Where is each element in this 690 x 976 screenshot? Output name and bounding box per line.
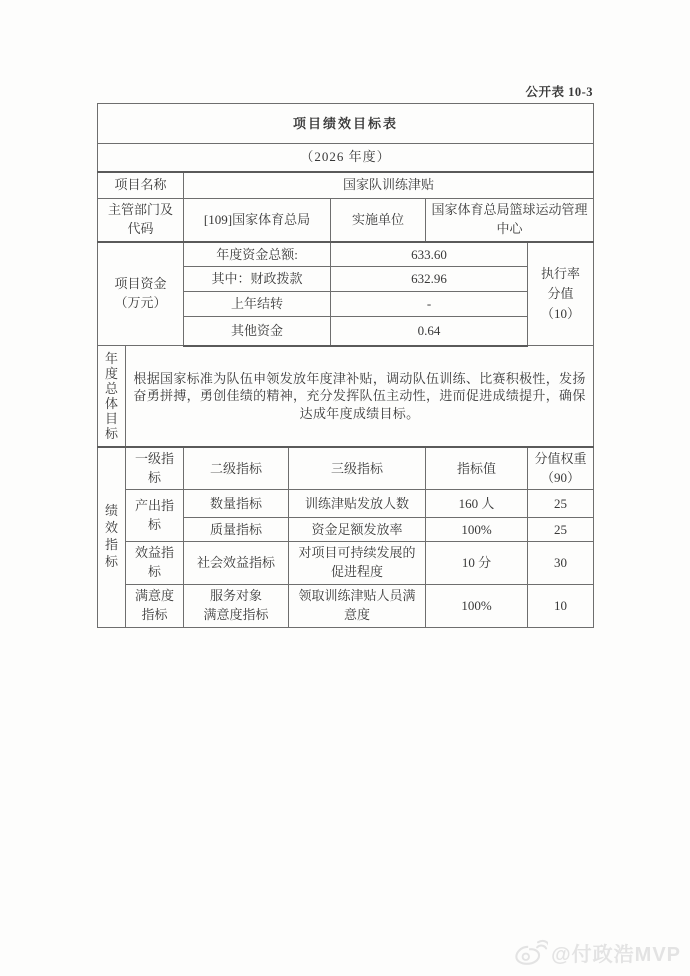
implementing-unit-value: 国家体育总局篮球运动管理 中心 bbox=[426, 199, 594, 242]
indicator-weight: 30 bbox=[528, 542, 594, 585]
execution-rate-score-label: 执行率 分值 （10） bbox=[528, 242, 594, 346]
indicator-level3: 对项目可持续发展的 促进程度 bbox=[289, 542, 426, 585]
label-line: 执行率 bbox=[532, 264, 589, 284]
cell-line: 满意度 bbox=[130, 587, 179, 606]
header-line: 分值权重 bbox=[532, 450, 589, 469]
cell-line: 标 bbox=[130, 516, 179, 535]
watermark: @付政浩MVP bbox=[514, 938, 681, 967]
funds-label: 项目资金 （万元） bbox=[98, 242, 184, 346]
header-line: 一级指 bbox=[130, 450, 179, 469]
indicator-header-value: 指标值 bbox=[426, 447, 528, 490]
indicator-value: 160 人 bbox=[426, 490, 528, 518]
indicator-header-level2: 二级指标 bbox=[184, 447, 289, 490]
document-page: 公开表 10-3 项目绩效目标表 （2026 年度） 项目名称 国家队训练津贴 … bbox=[0, 0, 690, 976]
indicator-level2: 社会效益指标 bbox=[184, 542, 289, 585]
vertical-label: 绩效指标 bbox=[105, 503, 119, 571]
weibo-icon bbox=[514, 939, 548, 966]
fund-fiscal-value: 632.96 bbox=[331, 267, 528, 292]
indicator-level3: 领取训练津贴人员满 意度 bbox=[289, 585, 426, 628]
indicator-header-weight: 分值权重 （90） bbox=[528, 447, 594, 490]
fund-fiscal-label: 其中：财政拨款 bbox=[184, 267, 331, 292]
fund-other-label: 其他资金 bbox=[184, 317, 331, 346]
label-line: 代码 bbox=[102, 220, 179, 239]
indicator-level3: 资金足额发放率 bbox=[289, 518, 426, 542]
value-line: 中心 bbox=[430, 220, 589, 239]
header-line: 标 bbox=[130, 469, 179, 488]
fund-total-value: 633.60 bbox=[331, 242, 528, 267]
cell-line: 满意度指标 bbox=[188, 606, 284, 625]
header-line: （90） bbox=[532, 469, 589, 488]
indicator-value: 10 分 bbox=[426, 542, 528, 585]
label-line: （10） bbox=[532, 304, 589, 324]
annual-goal-text: 根据国家标准为队伍申领发放年度津补贴，调动队伍训练、比赛积极性，发扬奋勇拼搏，勇… bbox=[126, 346, 594, 447]
fund-other-value: 0.64 bbox=[331, 317, 528, 346]
fund-carryover-label: 上年结转 bbox=[184, 292, 331, 317]
indicator-level1-output: 产出指 标 bbox=[126, 490, 184, 542]
indicator-weight: 10 bbox=[528, 585, 594, 628]
performance-target-table: 项目绩效目标表 （2026 年度） 项目名称 国家队训练津贴 主管部门及 代码 … bbox=[97, 103, 594, 628]
watermark-text: @付政浩MVP bbox=[551, 938, 681, 967]
cell-line: 促进程度 bbox=[293, 563, 421, 582]
department-label: 主管部门及 代码 bbox=[98, 199, 184, 242]
project-name-value: 国家队训练津贴 bbox=[184, 172, 594, 199]
label-line: （万元） bbox=[102, 294, 179, 313]
department-code-value: [109]国家体育总局 bbox=[184, 199, 331, 242]
cell-line: 意度 bbox=[293, 606, 421, 625]
indicator-level3: 训练津贴发放人数 bbox=[289, 490, 426, 518]
value-line: 国家体育总局篮球运动管理 bbox=[430, 201, 589, 220]
vertical-label: 年度总体目标 bbox=[105, 351, 119, 441]
label-line: 主管部门及 bbox=[102, 201, 179, 220]
annual-goal-label: 年度总体目标 bbox=[98, 346, 126, 447]
cell-line: 标 bbox=[130, 563, 179, 582]
cell-line: 效益指 bbox=[130, 544, 179, 563]
cell-line: 领取训练津贴人员满 bbox=[293, 587, 421, 606]
cell-line: 指标 bbox=[130, 606, 179, 625]
table-title: 项目绩效目标表 bbox=[98, 104, 594, 144]
project-name-label: 项目名称 bbox=[98, 172, 184, 199]
indicators-label: 绩效指标 bbox=[98, 447, 126, 628]
indicator-level2: 质量指标 bbox=[184, 518, 289, 542]
indicator-level2: 数量指标 bbox=[184, 490, 289, 518]
label-line: 项目资金 bbox=[102, 275, 179, 294]
cell-line: 产出指 bbox=[130, 497, 179, 516]
indicator-level1-satisfaction: 满意度 指标 bbox=[126, 585, 184, 628]
indicator-value: 100% bbox=[426, 518, 528, 542]
implementing-unit-label: 实施单位 bbox=[331, 199, 426, 242]
indicator-weight: 25 bbox=[528, 490, 594, 518]
year-subtitle: （2026 年度） bbox=[98, 144, 594, 172]
indicator-header-level1: 一级指 标 bbox=[126, 447, 184, 490]
indicator-level1-benefit: 效益指 标 bbox=[126, 542, 184, 585]
cell-line: 服务对象 bbox=[188, 587, 284, 606]
cell-line: 对项目可持续发展的 bbox=[293, 544, 421, 563]
indicator-weight: 25 bbox=[528, 518, 594, 542]
indicator-header-level3: 三级指标 bbox=[289, 447, 426, 490]
indicator-value: 100% bbox=[426, 585, 528, 628]
document-tag: 公开表 10-3 bbox=[0, 82, 593, 100]
label-line: 分值 bbox=[532, 284, 589, 304]
fund-carryover-value: - bbox=[331, 292, 528, 317]
fund-total-label: 年度资金总额: bbox=[184, 242, 331, 267]
indicator-level2: 服务对象 满意度指标 bbox=[184, 585, 289, 628]
